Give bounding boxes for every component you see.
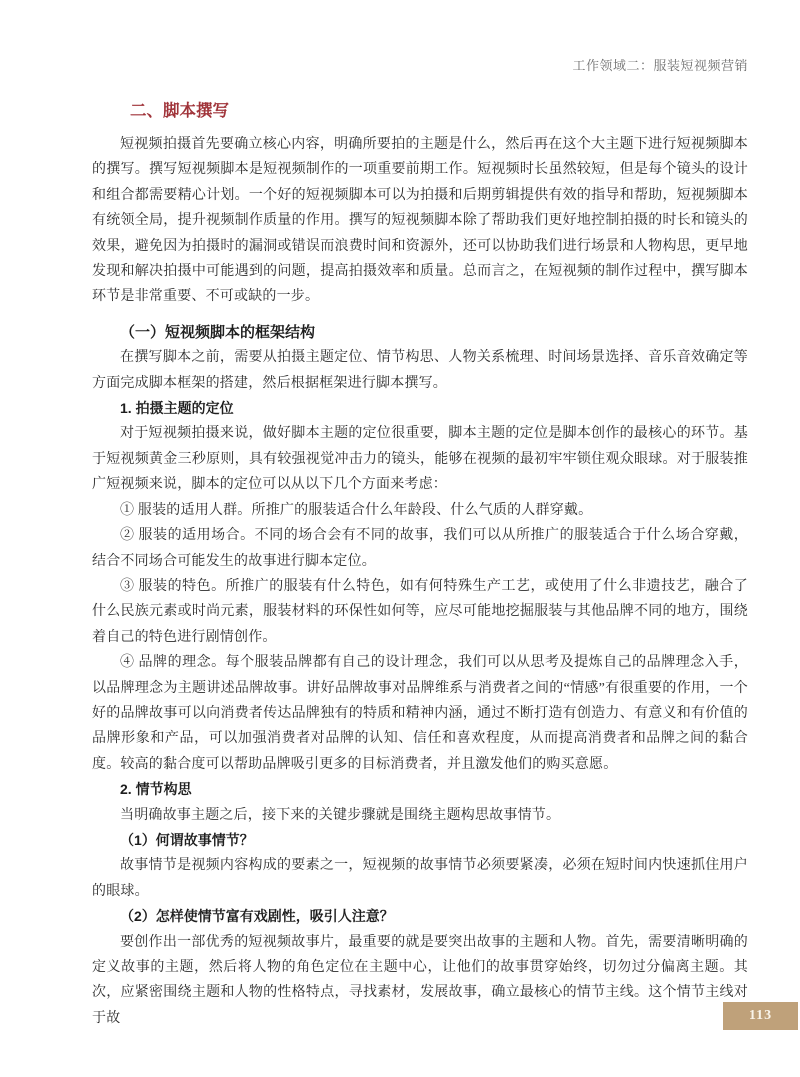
- page-number-badge: 113: [723, 1002, 798, 1030]
- running-header: 工作领域二：服装短视频营销: [92, 57, 748, 75]
- paragraph-intro: 短视频拍摄首先要确立核心内容，明确所要拍的主题是什么，然后再在这个大主题下进行短…: [92, 132, 748, 310]
- paragraph-plot-lead: 当明确故事主题之后，接下来的关键步骤就是围绕主题构思故事情节。: [92, 803, 748, 828]
- paragraph-framework-lead: 在撰写脚本之前，需要从拍摄主题定位、情节构思、人物关系梳理、时间场景选择、音乐音…: [92, 345, 748, 396]
- section-title: 二、脚本撰写: [92, 100, 748, 123]
- subsection-heading-framework: （一）短视频脚本的框架结构: [92, 320, 748, 345]
- heading-theme-positioning: 1. 拍摄主题的定位: [92, 396, 748, 421]
- paragraph-what-is-plot: 故事情节是视频内容构成的要素之一，短视频的故事情节必须要紧凑，必须在短时间内快速…: [92, 853, 748, 904]
- list-item-occasion: ② 服装的适用场合。不同的场合会有不同的故事，我们可以从所推广的服装适合于什么场…: [92, 523, 748, 574]
- list-item-brand-concept: ④ 品牌的理念。每个服装品牌都有自己的设计理念，我们可以从思考及提炼自己的品牌理…: [92, 650, 748, 777]
- paragraph-dramatic-plot: 要创作出一部优秀的短视频故事片，最重要的就是要突出故事的主题和人物。首先，需要清…: [92, 930, 748, 1032]
- question-heading-dramatic-plot: （2）怎样使情节富有戏剧性，吸引人注意？: [92, 904, 748, 929]
- question-heading-what-is-plot: （1）何谓故事情节？: [92, 828, 748, 853]
- list-item-features: ③ 服装的特色。所推广的服装有什么特色，如有何特殊生产工艺，或使用了什么非遗技艺…: [92, 574, 748, 650]
- heading-plot-conception: 2. 情节构思: [92, 777, 748, 802]
- document-page: 工作领域二：服装短视频营销 二、脚本撰写 短视频拍摄首先要确立核心内容，明确所要…: [0, 0, 800, 1077]
- paragraph-theme-positioning: 对于短视频拍摄来说，做好脚本主题的定位很重要，脚本主题的定位是脚本创作的最核心的…: [92, 421, 748, 497]
- list-item-audience: ① 服装的适用人群。所推广的服装适合什么年龄段、什么气质的人群穿戴。: [92, 498, 748, 523]
